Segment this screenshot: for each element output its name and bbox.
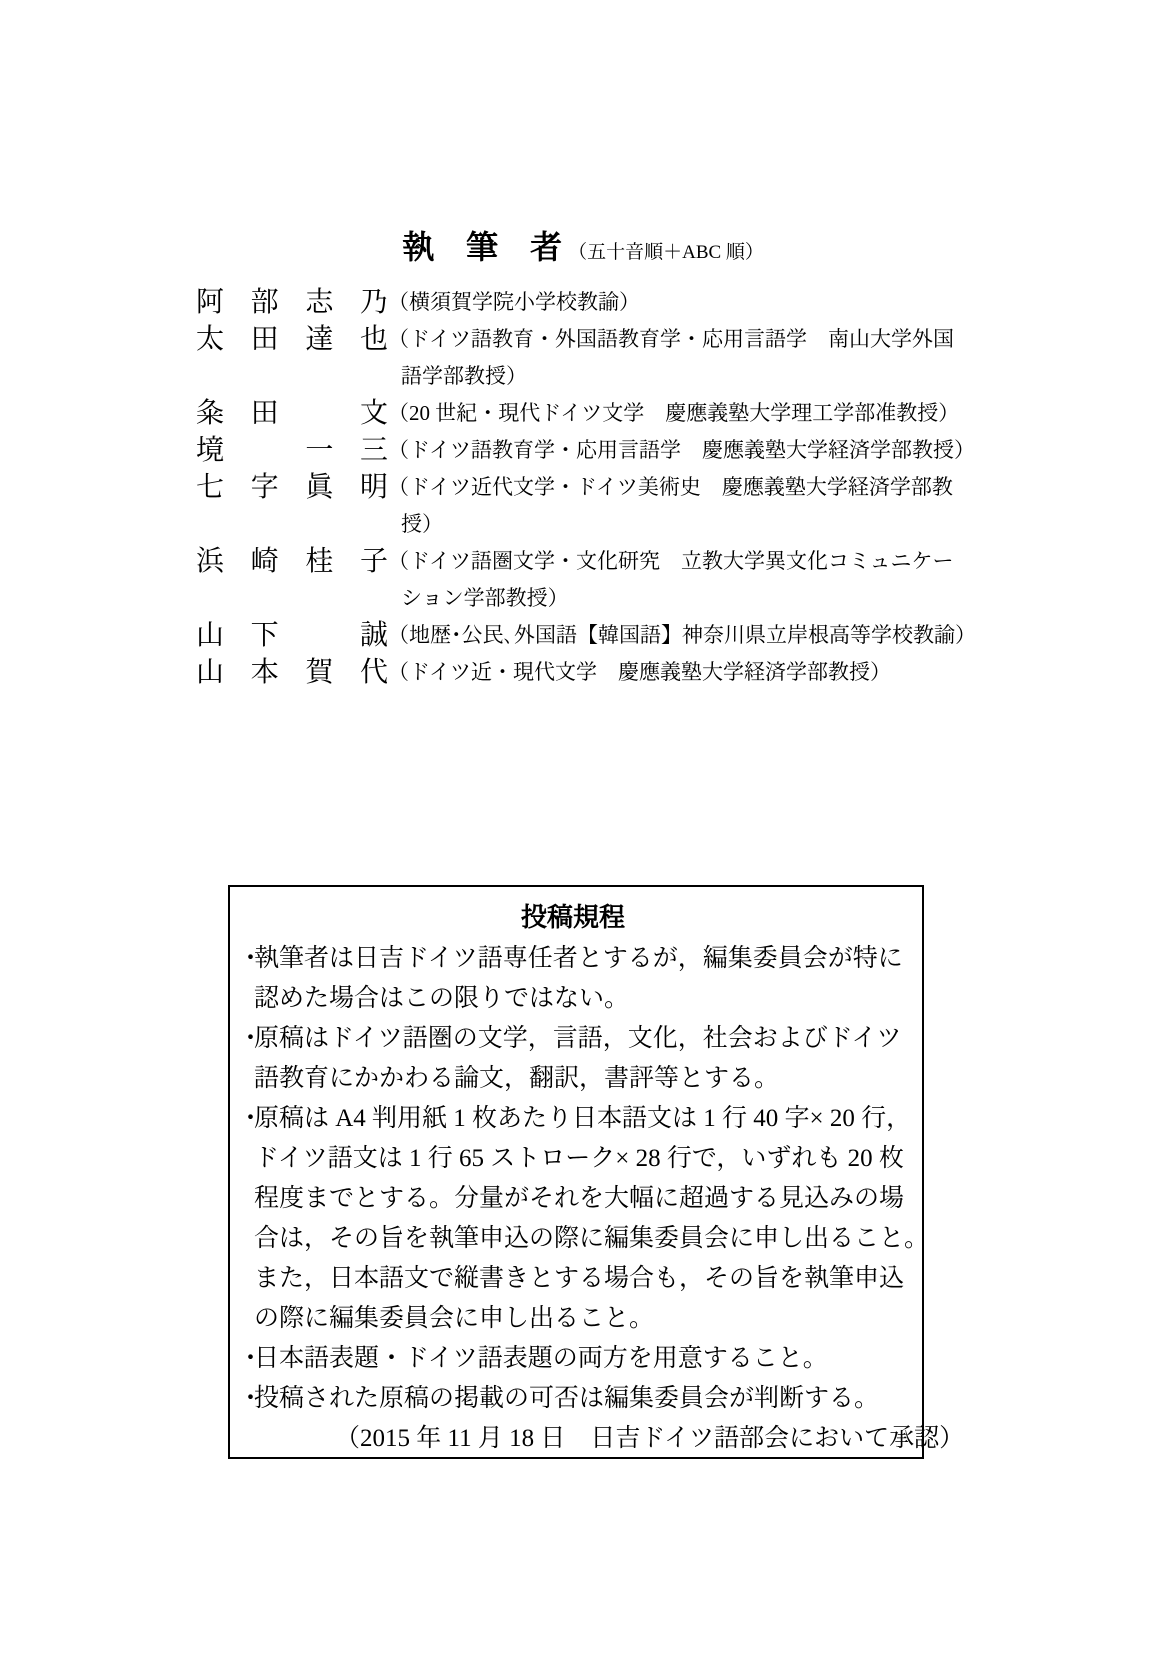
name-char: 乃 [360,284,388,321]
page-title-sub: （五十音順＋ABC 順） [568,242,764,263]
contributor-row: 阿 部 志 乃 （横須賀学院小学校教諭） [196,284,976,321]
name-char: 子 [360,543,388,580]
name-char: 部 [251,284,279,321]
name-char: 誠 [360,617,388,654]
contributor-row: 七 字 眞 明 （ドイツ近代文学・ドイツ美術史 慶應義塾大学経済学部教 授） [196,469,976,543]
name-char: 田 [251,321,279,358]
name-char: 境 [196,432,224,469]
contributor-name: 境 一 三 [196,432,388,469]
contributors-list: 阿 部 志 乃 （横須賀学院小学校教諭） 太 田 達 也 （ドイツ語教育・外国語… [196,284,976,691]
approval-note: （2015 年 11 月 18 日 日吉ドイツ語部会において承認） [335,1419,906,1459]
contributor-name: 浜 崎 桂 子 [196,543,388,580]
name-char: 志 [305,284,333,321]
name-char: 田 [251,395,279,432]
rule-text: 原稿はドイツ語圏の文学，言語，文化，社会およびドイツ 語教育にかかわる論文，翻訳… [254,1019,902,1099]
name-char: 粂 [196,395,224,432]
rule-text: 原稿は A4 判用紙 1 枚あたり日本語文は 1 行 40 字× 20 行， ド… [254,1099,929,1339]
name-char: 太 [196,321,224,358]
contributor-affiliation: （ドイツ語教育学・応用言語学 慶應義塾大学経済学部教授） [388,432,975,469]
document-page: { "title": { "main": "執 筆 者", "sub": "（五… [0,0,1166,1654]
bullet-icon: ・ [238,1379,254,1419]
name-char: 文 [360,395,388,432]
name-char: 代 [360,654,388,691]
contributor-affiliation: （ドイツ語圏文学・文化研究 立教大学異文化コミュニケー ション学部教授） [388,543,954,617]
name-char: 也 [360,321,388,358]
name-char: 浜 [196,543,224,580]
contributor-name: 七 字 眞 明 [196,469,388,506]
contributor-name: 粂 田 文 [196,395,388,432]
contributor-row: 粂 田 文 （20 世紀・現代ドイツ文学 慶應義塾大学理工学部准教授） [196,395,976,432]
contributor-name: 山 下 誠 [196,617,388,654]
contributor-name: 山 本 賀 代 [196,654,388,691]
contributor-affiliation: （ドイツ語教育・外国語教育学・応用言語学 南山大学外国 語学部教授） [388,321,954,395]
rule-item: ・ 原稿は A4 判用紙 1 枚あたり日本語文は 1 行 40 字× 20 行，… [240,1099,906,1339]
bullet-icon: ・ [238,939,254,979]
name-char: 字 [251,469,279,506]
contributor-name: 阿 部 志 乃 [196,284,388,321]
contributor-affiliation: （ドイツ近・現代文学 慶應義塾大学経済学部教授） [388,654,891,691]
bullet-icon: ・ [238,1099,254,1139]
name-char: 山 [196,654,224,691]
contributor-row: 山 下 誠 （地歴･公民､外国語【韓国語】神奈川県立岸根高等学校教諭） [196,617,976,654]
rules-box-title: 投稿規程 [240,897,906,939]
contributor-affiliation: （ドイツ近代文学・ドイツ美術史 慶應義塾大学経済学部教 授） [388,469,953,543]
name-char: 三 [360,432,388,469]
submission-rules-box: 投稿規程 ・ 執筆者は日吉ドイツ語専任者とするが，編集委員会が特に 認めた場合は… [228,885,924,1459]
rule-item: ・ 投稿された原稿の掲載の可否は編集委員会が判断する。 [240,1379,906,1419]
name-char: 桂 [305,543,333,580]
contributor-row: 太 田 達 也 （ドイツ語教育・外国語教育学・応用言語学 南山大学外国 語学部教… [196,321,976,395]
name-char: 下 [251,617,279,654]
rule-text: 執筆者は日吉ドイツ語専任者とするが，編集委員会が特に 認めた場合はこの限りではな… [254,939,903,1019]
rule-text: 投稿された原稿の掲載の可否は編集委員会が判断する。 [254,1379,879,1419]
name-char [305,617,333,654]
contributor-affiliation: （20 世紀・現代ドイツ文学 慶應義塾大学理工学部准教授） [388,395,959,432]
bullet-icon: ・ [238,1339,254,1379]
contributor-row: 山 本 賀 代 （ドイツ近・現代文学 慶應義塾大学経済学部教授） [196,654,976,691]
contributor-affiliation: （地歴･公民､外国語【韓国語】神奈川県立岸根高等学校教諭） [388,617,976,654]
name-char [251,432,279,469]
name-char: 本 [251,654,279,691]
bullet-icon: ・ [238,1019,254,1059]
name-char: 阿 [196,284,224,321]
name-char: 山 [196,617,224,654]
name-char: 一 [305,432,333,469]
name-char: 七 [196,469,224,506]
contributor-row: 境 一 三 （ドイツ語教育学・応用言語学 慶應義塾大学経済学部教授） [196,432,976,469]
page-title: 執 筆 者（五十音順＋ABC 順） [0,222,1166,268]
page-title-main: 執 筆 者 [402,229,562,265]
rule-item: ・ 原稿はドイツ語圏の文学，言語，文化，社会およびドイツ 語教育にかかわる論文，… [240,1019,906,1099]
rule-item: ・ 日本語表題・ドイツ語表題の両方を用意すること。 [240,1339,906,1379]
name-char: 賀 [305,654,333,691]
name-char: 崎 [251,543,279,580]
name-char: 眞 [305,469,333,506]
name-char: 達 [305,321,333,358]
rules-list: ・ 執筆者は日吉ドイツ語専任者とするが，編集委員会が特に 認めた場合はこの限りで… [240,939,906,1419]
contributor-name: 太 田 達 也 [196,321,388,358]
contributor-row: 浜 崎 桂 子 （ドイツ語圏文学・文化研究 立教大学異文化コミュニケー ション学… [196,543,976,617]
rule-item: ・ 執筆者は日吉ドイツ語専任者とするが，編集委員会が特に 認めた場合はこの限りで… [240,939,906,1019]
rule-text: 日本語表題・ドイツ語表題の両方を用意すること。 [254,1339,828,1379]
name-char [305,395,333,432]
contributor-affiliation: （横須賀学院小学校教諭） [388,284,640,321]
name-char: 明 [360,469,388,506]
